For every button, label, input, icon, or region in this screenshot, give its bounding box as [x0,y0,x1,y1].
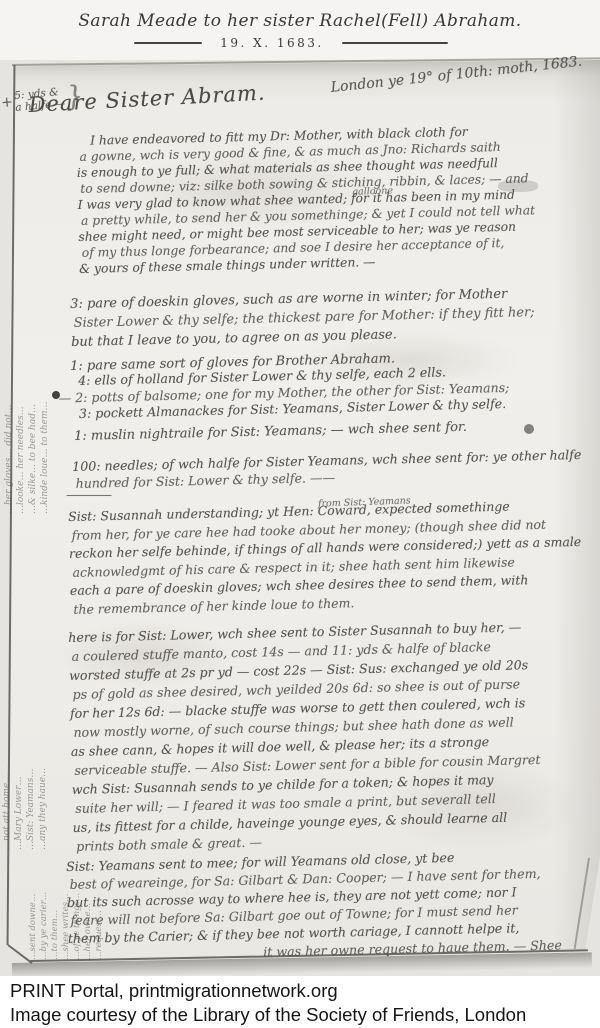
marginalia-column-lower: …sent downe… …by ye carier… …to them… …s… [28,832,104,960]
marginalia-illegible: …Mary Lower… [14,560,24,850]
marginalia-illegible: …sent downe… [28,832,38,960]
caption-date: 19. X. 1683. [220,36,323,50]
paragraph-items-list: 4: ells of holland for Sister Lower & th… [78,363,510,423]
marginalia-illegible: …Sist: Yeamans… [26,560,36,850]
marginalia-column-middle: …not att home… …Mary Lower… …Sist: Yeama… [2,560,48,850]
marginalia-illegible: …kinde loue… to them… [40,252,50,514]
credit-line-courtesy: Image courtesy of the Library of the Soc… [10,1003,600,1027]
scanned-letter-page: Sarah Meade to her sister Rachel(Fell) A… [0,0,600,1028]
marginalia-illegible: …any they haue… [38,560,48,850]
paragraph-nightraile: 1: muslin nightraile for Sist: Yeamans; … [74,419,467,446]
marginalia-illegible: …by ye carier… [39,832,49,960]
paragraph-manto-bible: here is for Sist: Lower, wch shee sent t… [68,617,542,856]
marginalia-illegible: …to them… [50,832,60,960]
paragraph-needles: 100: needles; of wch halfe for Sister Ye… [72,446,582,492]
letter-body: Deare Sister Abram. London ye 19° of 10t… [0,60,600,976]
margin-cross-mark: + [0,94,13,111]
marginalia-illegible: …request… [94,832,104,960]
marginalia-illegible: …her gloves… did not… [4,252,14,514]
marginalia-illegible: …her owne… [83,832,93,960]
paragraph-susannah-coward: Sist: Susannah understanding; yt Hen: Co… [68,496,583,619]
marginalia-illegible: …not att home… [2,560,12,850]
left-rule [134,42,202,44]
paragraph-old-clothes: Sist: Yeamans sent to mee; for will Yeam… [66,846,562,966]
right-rule [342,42,448,44]
section-divider-dash: ———— [66,488,110,503]
marginalia-illegible: …& silke… to bee had… [28,252,38,514]
manuscript-photo: Deare Sister Abram. London ye 19° of 10t… [0,60,600,976]
marginalia-illegible: …looke… her needles… [16,252,26,514]
marginalia-illegible: …of ye things… [72,832,82,960]
margin-brace: } [64,79,85,113]
paragraph-gloves-list: 3: pare of doeskin gloves, such as are w… [70,284,535,352]
credit-line-source: PRINT Portal, printmigrationnetwork.org [10,979,600,1003]
marginalia-illegible: …shee writes… [61,832,71,960]
letter-line: 1: muslin nightraile for Sist: Yeamans; … [74,419,467,446]
margin-note-text: 5: yds & a halfe — [14,85,66,113]
caption-title: Sarah Meade to her sister Rachel(Fell) A… [0,0,600,31]
marginalia-column-upper: …her gloves… did not… …looke… her needle… [4,252,50,514]
paragraph-cloth-gown: I have endeavored to fitt my Dr: Mother,… [76,122,536,277]
credit-caption: PRINT Portal, printmigrationnetwork.org … [0,976,600,1028]
